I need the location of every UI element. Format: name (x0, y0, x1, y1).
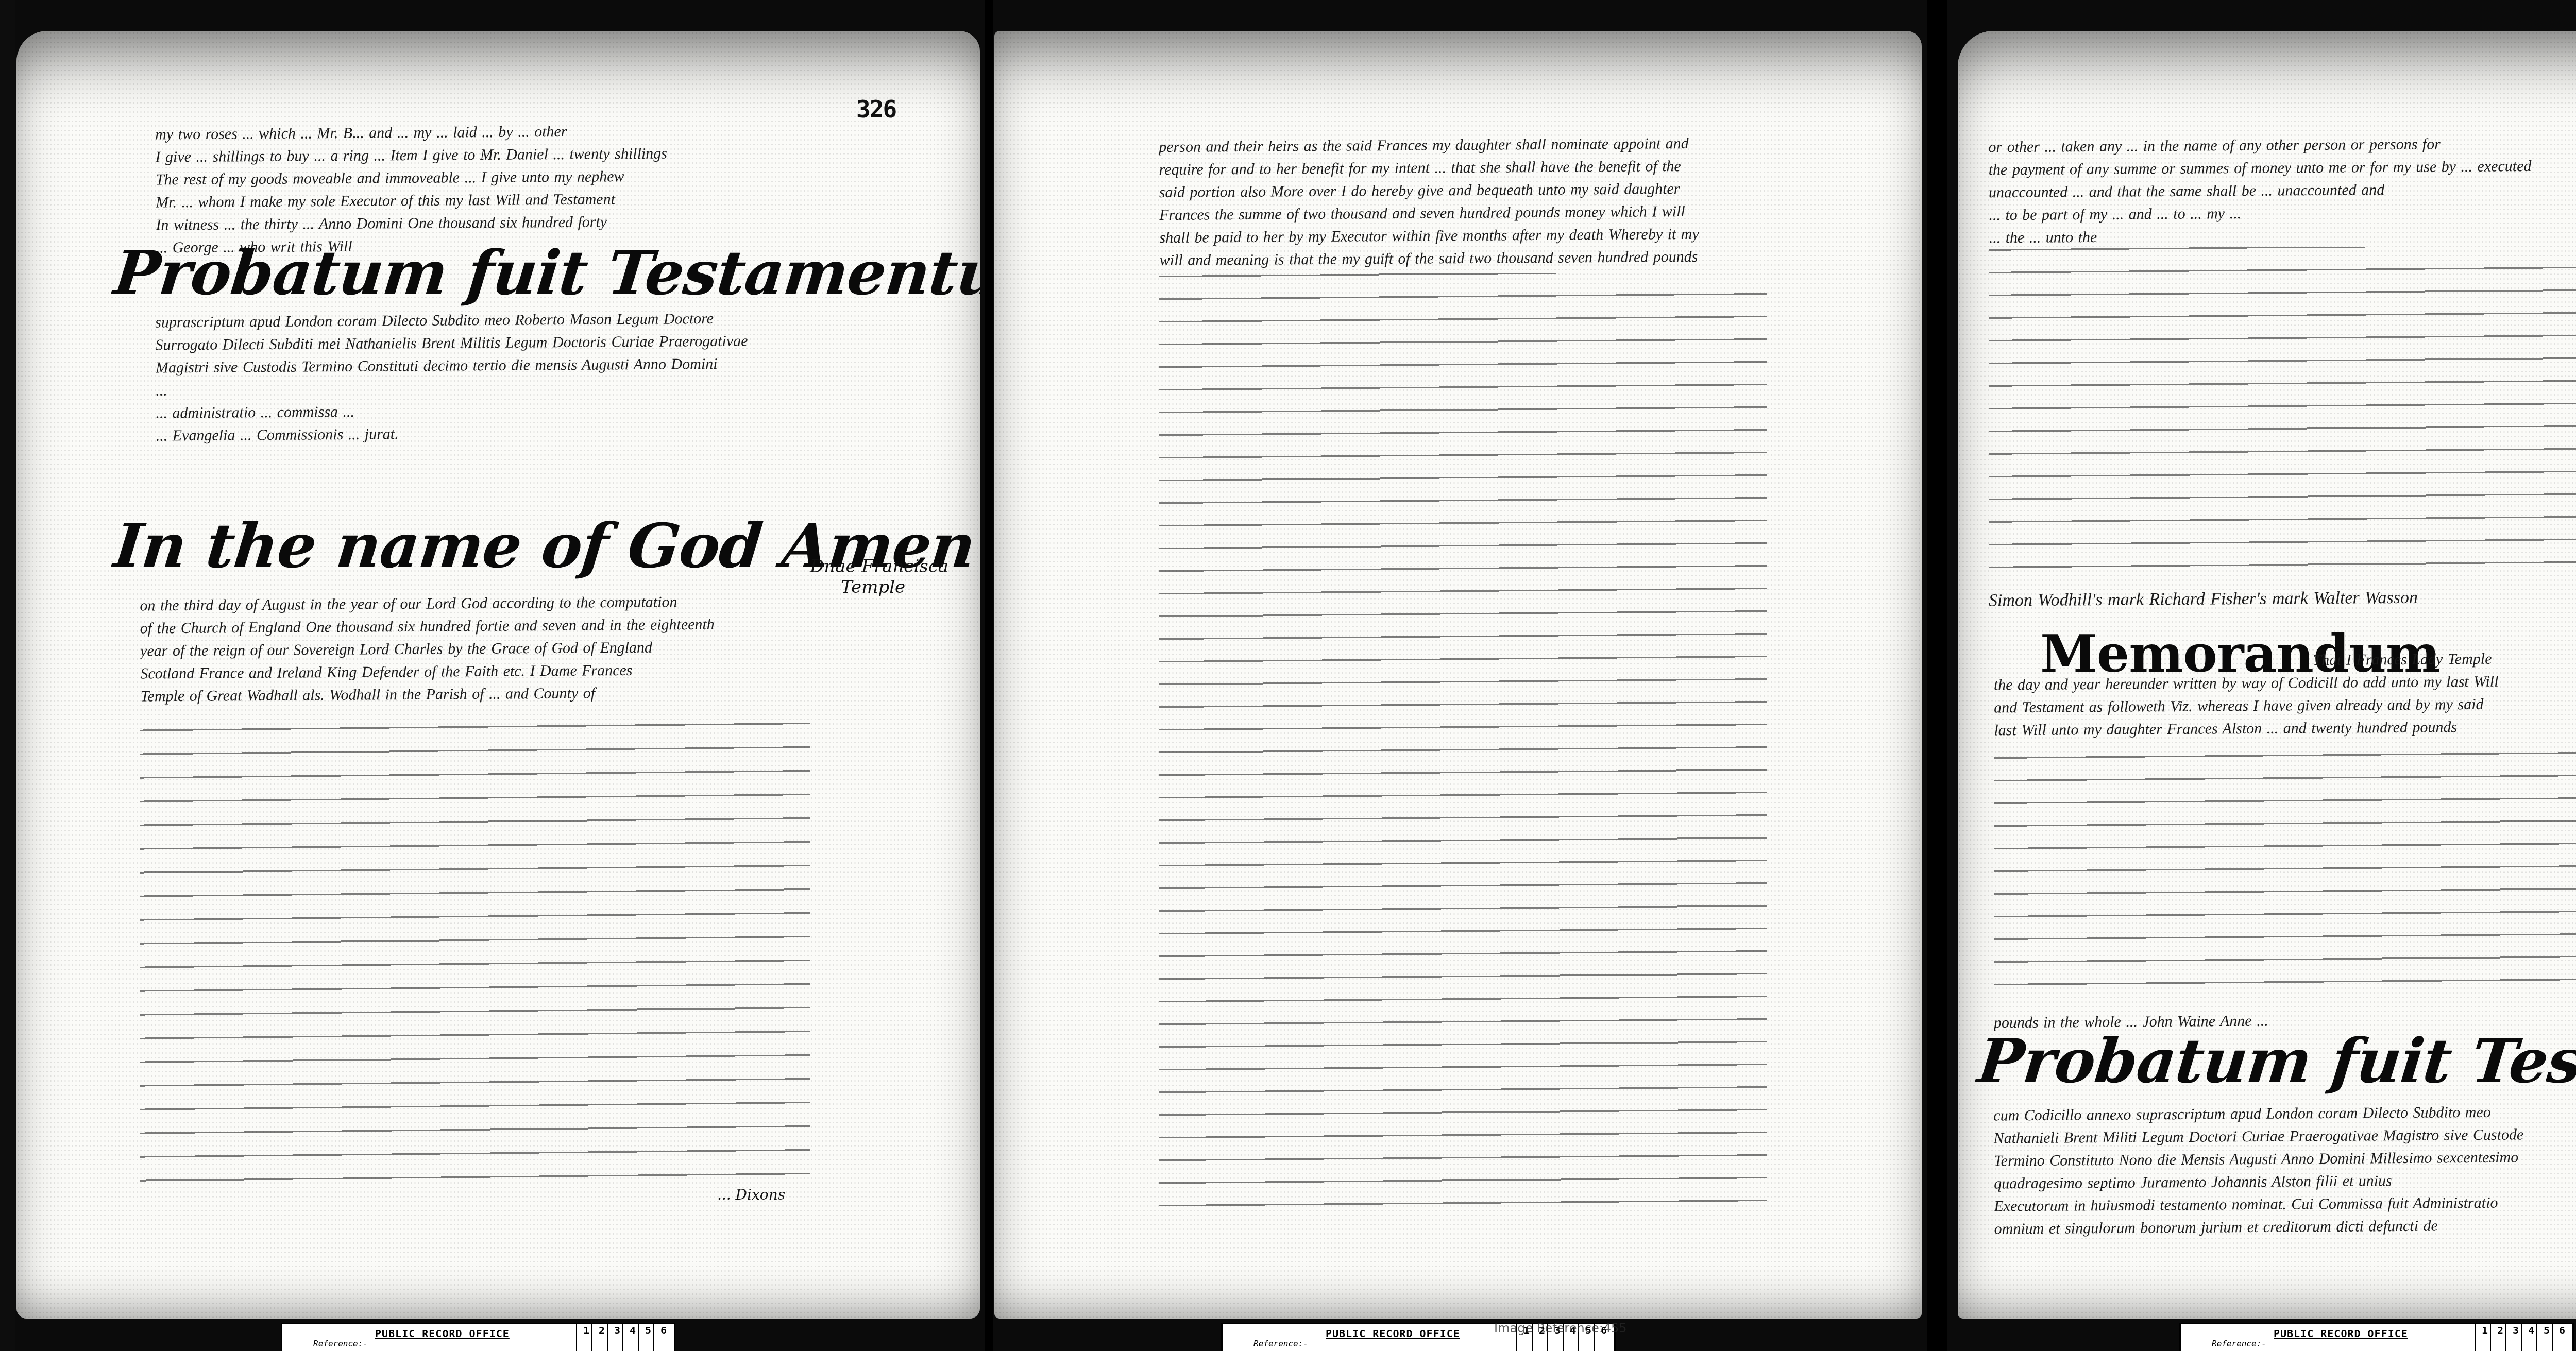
office-name: PUBLIC RECORD OFFICE (375, 1327, 510, 1340)
binding-edge (0, 0, 15, 1351)
will-body: on the third day of August in the year o… (140, 590, 810, 708)
reference-label: Reference:- (313, 1339, 368, 1348)
cell: 1 (576, 1324, 591, 1351)
signature-line: Simon Wodhill's mark Richard Fisher's ma… (1989, 585, 2576, 612)
text-line: quadragesimo septimo Juramento Johannis … (1994, 1168, 2576, 1195)
memorandum-codicil: That I Frances Lady Temple the day and y… (1993, 647, 2576, 742)
folio-number: 326 (856, 95, 896, 123)
text-line: omnium et singulorum bonorum jurium et c… (1994, 1213, 2576, 1240)
heading-probatum-fuit-testamentum: Probatum fuit Testamentum (111, 237, 980, 309)
text-line: Executorum in huiusmodi testamento nomin… (1994, 1190, 2576, 1218)
reference-cells: 1 2 3 4 5 6 (576, 1324, 669, 1351)
text-line: last Will unto my daughter Frances Alsto… (1994, 715, 2576, 742)
text-line: Termino Constituto Nono die Mensis Augus… (1994, 1145, 2576, 1172)
text-line: ... Evangelia ... Commissionis ... jurat… (156, 420, 826, 447)
text-line: ... to be part of my ... and ... to ... … (1989, 200, 2576, 227)
text-line: cum Codicillo annexo suprascriptum apud … (1993, 1100, 2576, 1127)
office-name: PUBLIC RECORD OFFICE (2274, 1327, 2408, 1340)
handwriting-filler (140, 711, 810, 1190)
cell: 1 (2475, 1324, 2490, 1351)
margin-note: Dnae Francisca Temple (810, 556, 948, 597)
text-line: the payment of any summe or summes of mo… (1989, 155, 2576, 182)
document-page-1: 326 my two roses ... which ... Mr. B... … (16, 31, 980, 1319)
reference-label: Reference:- (2212, 1339, 2266, 1348)
cell: 3 (2505, 1324, 2521, 1351)
text-line: or other ... taken any ... in the name o… (1988, 132, 2576, 159)
closing-signature: ... Dixons (717, 1185, 785, 1205)
cell: 4 (2521, 1324, 2536, 1351)
archive-label-1: Reference:- PUBLIC RECORD OFFICE 1 2 3 4… (281, 1323, 675, 1351)
cell: 6 (2552, 1324, 2567, 1351)
handwriting-filler (1994, 747, 2576, 994)
reference-label: Reference:- (1253, 1339, 1308, 1348)
page-gutter (1927, 0, 1947, 1351)
image-reference-overlay: Image Reference:455 (1494, 1321, 1627, 1336)
margin-note-line: Dnae Francisca (810, 556, 948, 577)
will-continuation: or other ... taken any ... in the name o… (1988, 132, 2576, 250)
document-page-3: 327 or other ... taken any ... in the na… (1958, 31, 2576, 1319)
cell: 5 (638, 1324, 653, 1351)
reference-cells: 1 2 3 4 5 6 (2475, 1324, 2567, 1351)
office-name: PUBLIC RECORD OFFICE (1326, 1327, 1460, 1340)
document-page-2: person and their heirs as the said Franc… (994, 31, 1922, 1319)
cell: 4 (622, 1324, 638, 1351)
will-continuation: person and their heirs as the said Franc… (1159, 132, 1768, 272)
cell: 6 (653, 1324, 669, 1351)
text-line: the day and year hereunder written by wa… (1994, 670, 2576, 697)
text-line: and Testament as followeth Viz. whereas … (1994, 692, 2576, 720)
text-line: of the Church of England One thousand si… (140, 612, 810, 640)
probate-clause: cum Codicillo annexo suprascriptum apud … (1993, 1100, 2576, 1240)
cell: 2 (2490, 1324, 2505, 1351)
handwriting-filler (1989, 247, 2576, 577)
text-line: Surrogato Dilecti Subditi mei Nathanieli… (155, 329, 825, 356)
text-line: Nathanieli Brent Militi Legum Doctori Cu… (1993, 1122, 2576, 1150)
cell: 3 (607, 1324, 622, 1351)
cell: 2 (591, 1324, 607, 1351)
heading-probatum-fuit-testamentum: Probatum fuit Testamentum (1975, 1025, 2576, 1097)
margin-note-line: Temple (810, 577, 948, 597)
text-line: will and meaning is that the my guift of… (1160, 245, 1768, 272)
cell: 5 (2536, 1324, 2552, 1351)
text-line: Temple of Great Wadhall als. Wodhall in … (140, 680, 810, 708)
witness-signatures: Simon Wodhill's mark Richard Fisher's ma… (1989, 585, 2576, 612)
text-line: ... the ... unto the (1989, 223, 2576, 250)
archive-label-3: Reference:- PUBLIC RECORD OFFICE 1 2 3 4… (2179, 1323, 2574, 1351)
text-line: That I Frances Lady Temple (1993, 647, 2576, 674)
page-gutter (985, 0, 993, 1351)
probate-clause: suprascriptum apud London coram Dilecto … (155, 306, 826, 447)
text-line: unaccounted ... and that the same shall … (1989, 177, 2576, 204)
handwriting-filler (1159, 273, 1767, 1216)
